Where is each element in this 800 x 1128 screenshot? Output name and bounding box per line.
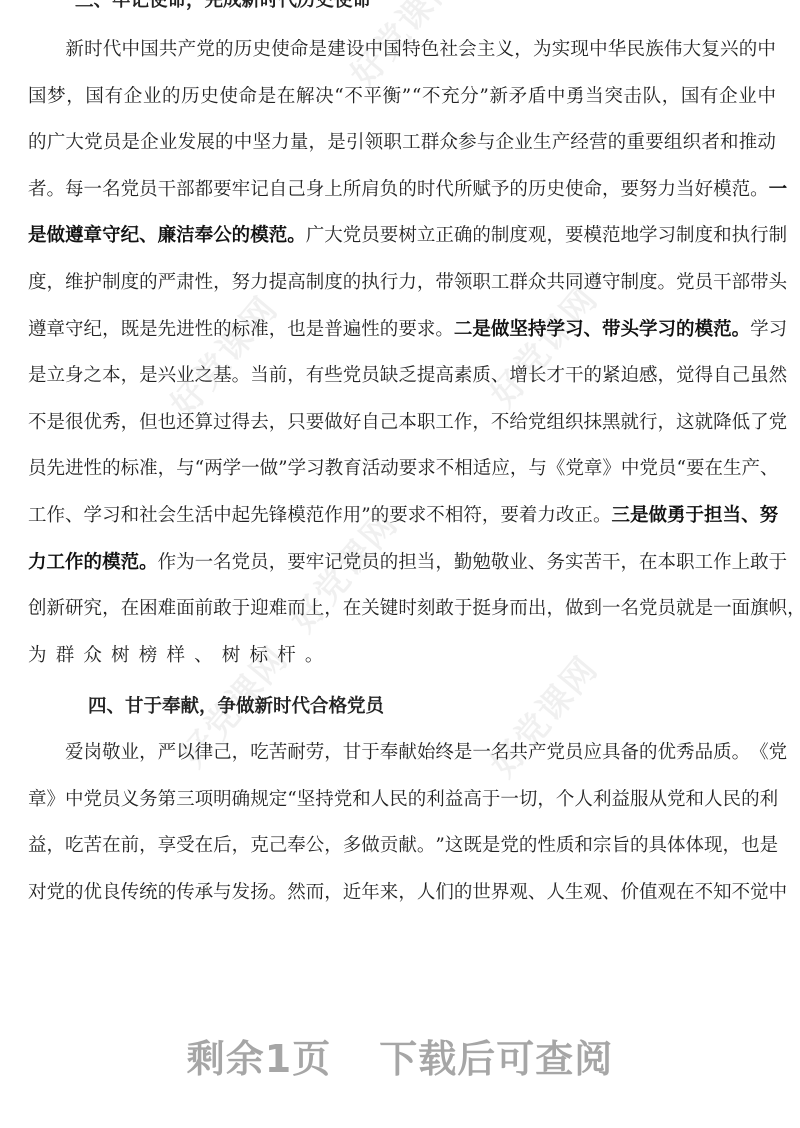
download-to-read-label: 下载后可查阅 xyxy=(379,1037,613,1081)
text-line: 爱岗敬业，严以律己，吃苦耐劳，甘于奉献始终是一名共产党员应具备的优秀品质。《党 xyxy=(28,738,776,768)
text-line: 度，维护制度的严肃性，努力提高制度的执行力，带领职工群众共同遵守制度。党员干部带… xyxy=(28,268,776,298)
text-line: 益，吃苦在前，享受在后，克己奉公，多做贡献。”这既是党的性质和宗旨的具体体现，也… xyxy=(28,831,776,861)
text-line: 工作、学习和社会生活中起先锋模范作用”的要求不相符，要着力改正。三是做勇于担当、… xyxy=(28,501,776,531)
text-line: 为群众树榜样、树标杆。 xyxy=(28,641,776,671)
text-line: 创新研究，在困难面前敢于迎难而上，在关键时刻敢于挺身而出，做到一名党员就是一面旗… xyxy=(28,594,776,624)
text-line: 员先进性的标准，与“两学一做”学习教育活动要求不相适应，与《党章》中党员“要在生… xyxy=(28,454,776,484)
text-line: 不是很优秀，但也还算过得去，只要做好自己本职工作，不给党组织抹黑就行，这就降低了… xyxy=(28,408,776,438)
text-line: 国梦，国有企业的历史使命是在解决“不平衡”“不充分”新矛盾中勇当突击队，国有企业… xyxy=(28,82,776,112)
text-line: 是做遵章守纪、廉洁奉公的模范。广大党员要树立正确的制度观，要模范地学习制度和执行… xyxy=(28,221,776,251)
text-line: 力工作的模范。作为一名党员，要牢记党员的担当，勤勉敬业、务实苦干，在本职工作上敢… xyxy=(28,548,776,578)
section-heading-clipped: 三、牢记使命，完成新时代历史使命 xyxy=(75,0,371,16)
text-line: 遵章守纪，既是先进性的标准，也是普遍性的要求。二是做坚持学习、带头学习的模范。学… xyxy=(28,315,776,345)
remaining-pages-label: 剩余1页 xyxy=(187,1037,331,1081)
text-line: 者。每一名党员干部都要牢记自己身上所肩负的时代所赋予的历史使命，要努力当好模范。… xyxy=(28,175,776,205)
document-page: 好党课网 好党课网 好党课网 好党课网 好党课网 好党课网 三、牢记使命，完成新… xyxy=(0,0,800,1128)
text-line: 章》中党员义务第三项明确规定“坚持党和人民的利益高于一切，个人利益服从党和人民的… xyxy=(28,785,776,815)
download-prompt[interactable]: 剩余1页下载后可查阅 xyxy=(0,1028,800,1083)
text-line: 是立身之本，是兴业之基。当前，有些党员缺乏提高素质、增长才干的紧迫感，觉得自己虽… xyxy=(28,361,776,391)
text-line: 对党的优良传统的传承与发扬。然而，近年来，人们的世界观、人生观、价值观在不知不觉… xyxy=(28,878,776,908)
section-heading: 四、甘于奉献，争做新时代合格党员 xyxy=(88,692,384,722)
watermark: 好党课网 xyxy=(157,284,287,426)
text-line: 的广大党员是企业发展的中坚力量，是引领职工群众参与企业生产经营的重要组织者和推动 xyxy=(28,128,776,158)
text-line: 新时代中国共产党的历史使命是建设中国特色社会主义，为实现中华民族伟大复兴的中 xyxy=(28,35,776,65)
